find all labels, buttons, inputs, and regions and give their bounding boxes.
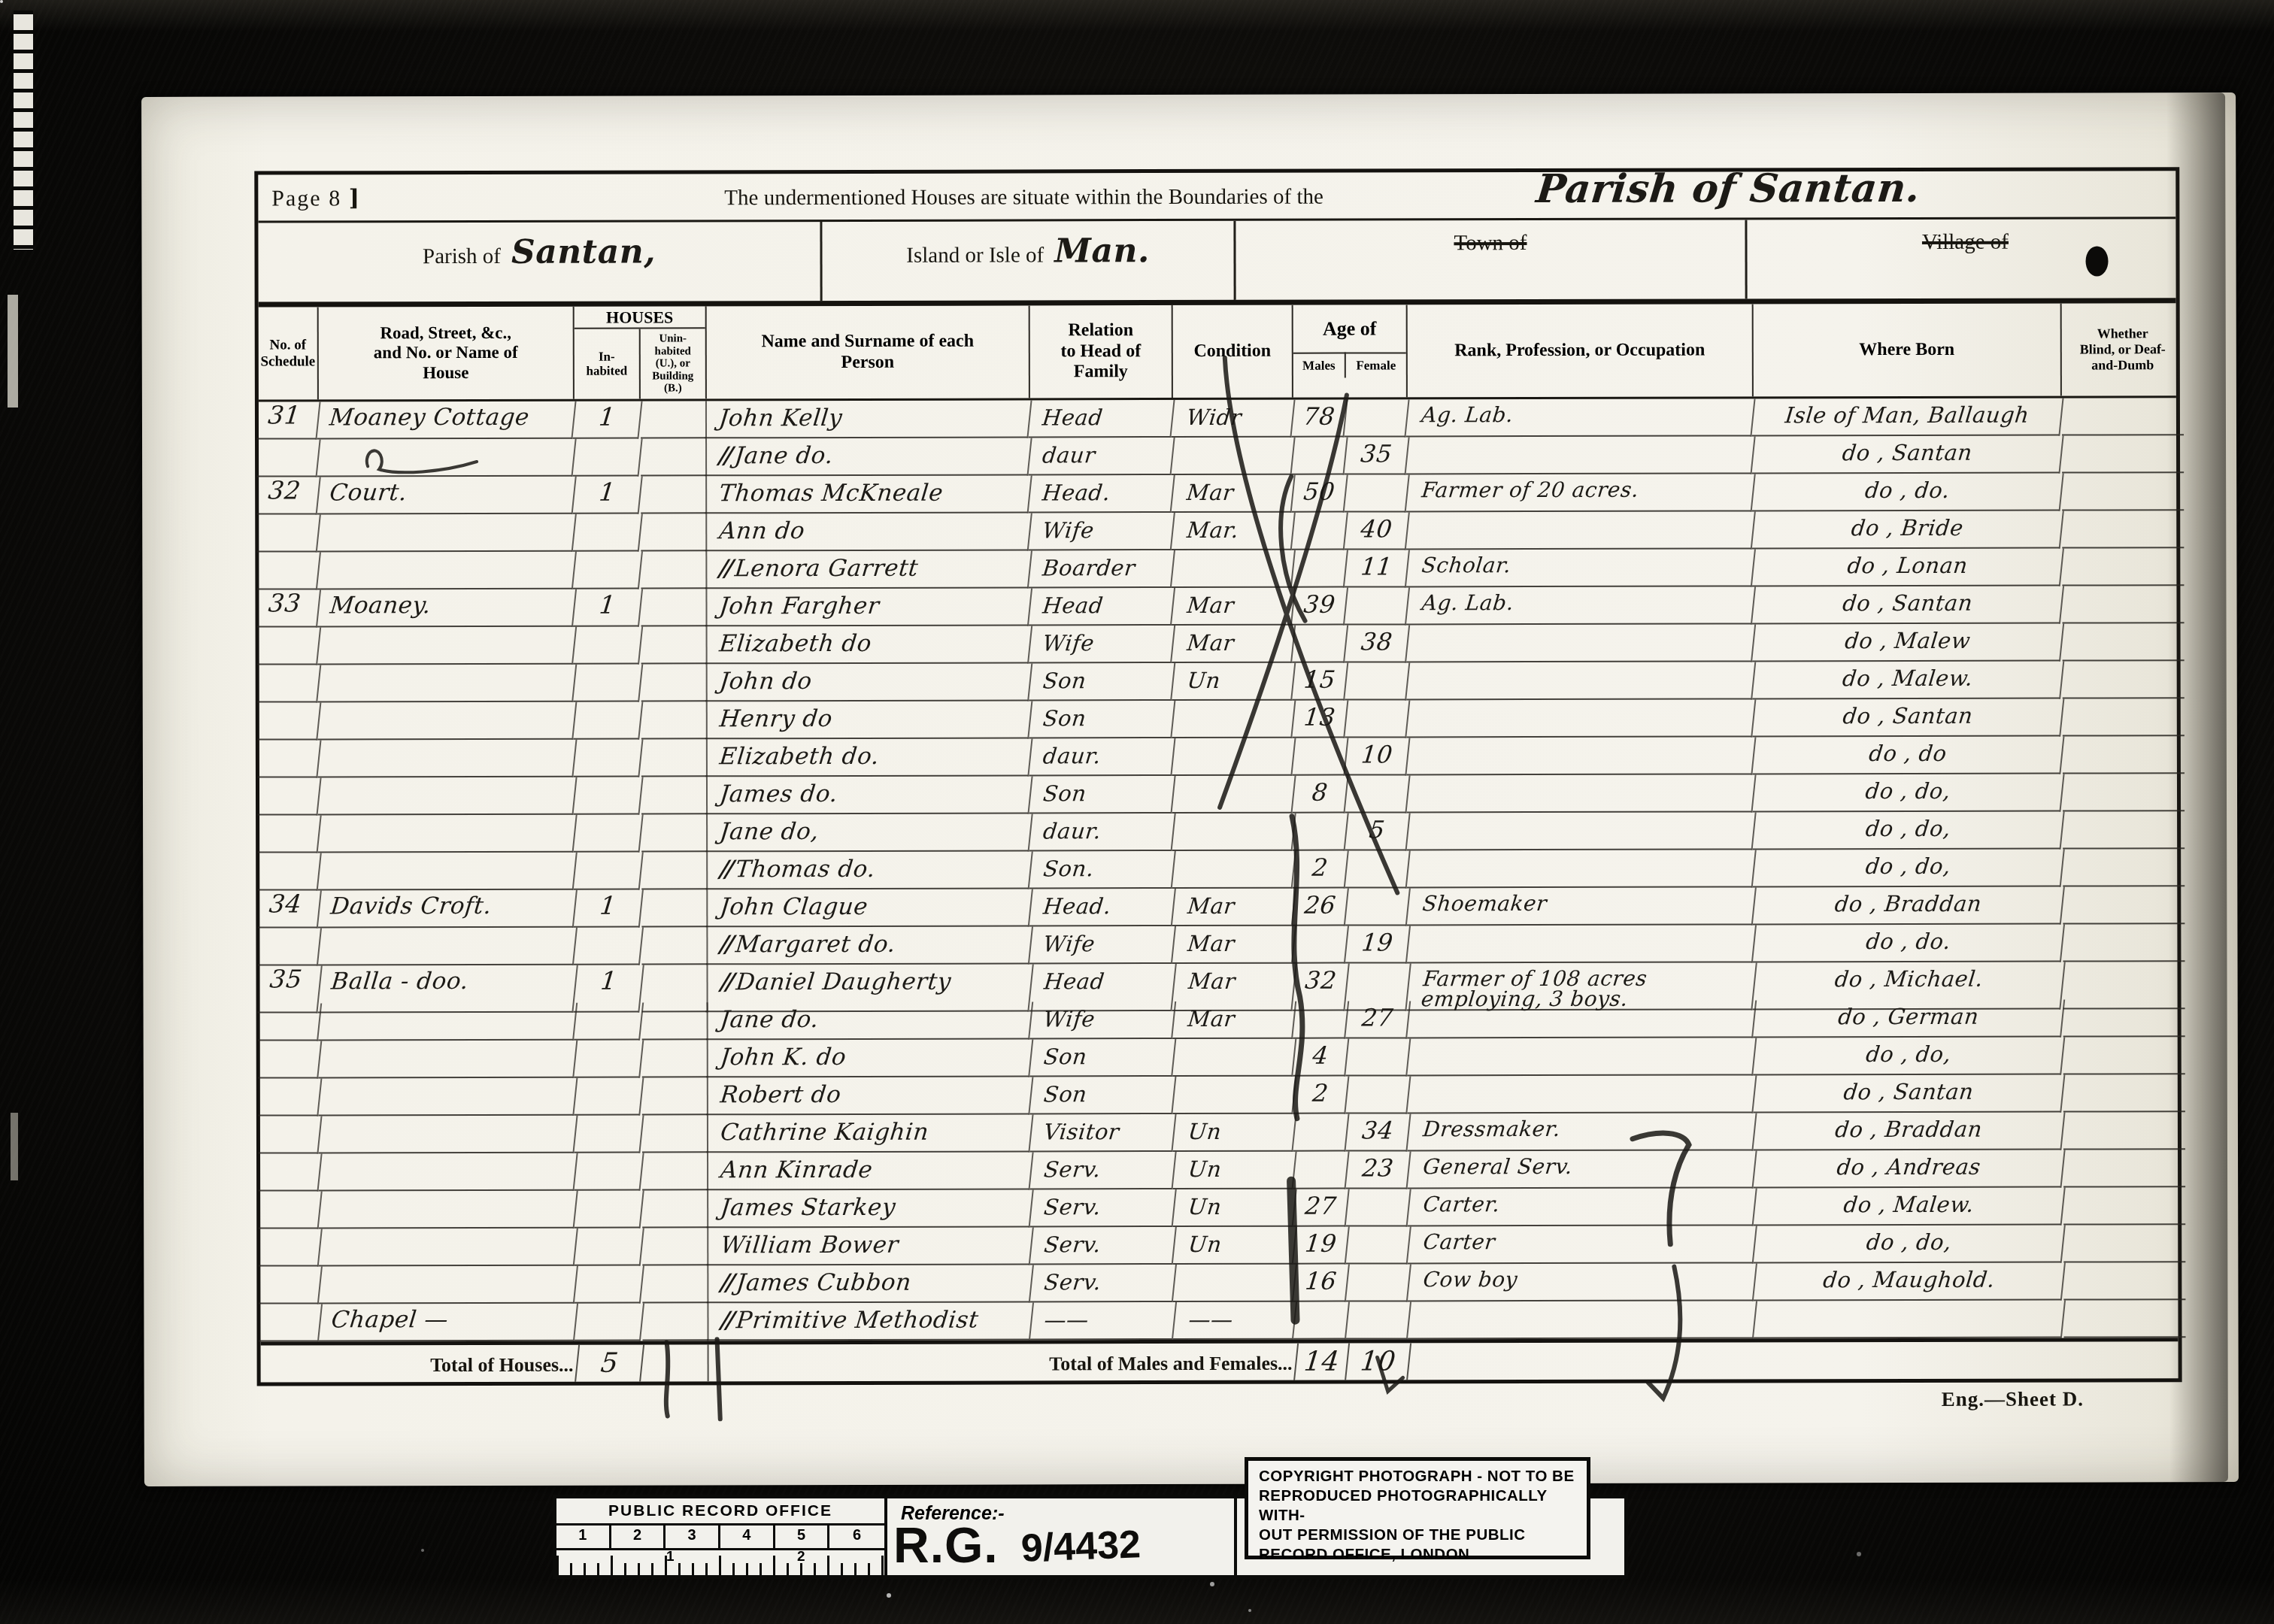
cell-house: Court. xyxy=(317,477,577,515)
cell-uninhab xyxy=(641,739,708,777)
cell-inhabited: 1 xyxy=(572,401,642,439)
cell-age_f: 5 xyxy=(1345,813,1411,850)
cell-inhabited xyxy=(574,853,644,890)
cell-inhabited xyxy=(575,1229,644,1266)
cell-inhabited xyxy=(574,1153,644,1191)
cell-born: do , Santan xyxy=(1752,586,2064,625)
age-group-label: Age of xyxy=(1293,304,1406,352)
cell-uninhab xyxy=(641,889,708,927)
cell-age_m xyxy=(1293,1152,1349,1189)
film-edge-markings xyxy=(14,11,33,250)
cell-blind xyxy=(2063,774,2185,811)
cell-relation: Son xyxy=(1029,663,1175,701)
cell-born: do , do, xyxy=(1753,850,2065,888)
household-end-mark: // xyxy=(720,968,733,995)
cell-uninhab xyxy=(642,1303,708,1341)
col-header-road: Road, Street, &c., and No. or Name of Ho… xyxy=(319,307,575,400)
cell-blind xyxy=(2062,473,2184,511)
cell-house xyxy=(318,1153,578,1192)
cell-occupation: Cow boy xyxy=(1408,1263,1757,1301)
cell-age_m xyxy=(1292,513,1348,550)
cell-uninhab xyxy=(641,551,707,589)
cell-house xyxy=(317,702,577,741)
cell-occupation xyxy=(1405,436,1755,474)
cell-occupation: Carter xyxy=(1408,1226,1757,1264)
cell-house: Moaney Cottage xyxy=(317,401,576,440)
pro-reference-section: Reference:- R.G. 9/4432 xyxy=(887,1498,1237,1575)
ruler-inch-cell: 5 xyxy=(775,1526,830,1548)
cell-name: //Thomas do. xyxy=(706,851,1033,889)
cell-uninhab xyxy=(642,1190,708,1228)
census-row: 34Davids Croft.1John ClagueHead.Mar26Sho… xyxy=(259,886,2177,928)
age-subheaders: Males Female xyxy=(1293,352,1406,397)
cell-occupation xyxy=(1407,1000,1757,1038)
cell-blind xyxy=(2062,398,2184,435)
cell-name: James do. xyxy=(705,776,1032,814)
cell-inhabited xyxy=(573,627,643,665)
stamp-number: 9/4432 xyxy=(1020,1522,1142,1571)
cell-name: John Clague xyxy=(706,889,1033,927)
cell-age_m: 8 xyxy=(1292,776,1348,814)
cell-name: //Lenora Garrett xyxy=(705,550,1032,589)
cell-born: do , Santan xyxy=(1751,436,2063,474)
cell-name: John do xyxy=(705,663,1032,701)
cell-born: do , Santan xyxy=(1752,699,2064,738)
cell-age_m: 13 xyxy=(1292,701,1348,738)
cell-schedule xyxy=(256,439,320,477)
houses-subheaders: In- habited Unin- habited (U.), or Build… xyxy=(575,329,705,399)
census-row: //Thomas do.Son.2do , do, xyxy=(259,849,2177,890)
cell-condition xyxy=(1171,438,1295,475)
cell-inhabited xyxy=(575,1266,644,1304)
page-number-value: 8 xyxy=(329,186,341,211)
cell-age_f xyxy=(1346,1264,1411,1301)
cell-blind xyxy=(2063,1262,2185,1300)
census-row: 31Moaney Cottage1John KellyHeadWidr78Ag.… xyxy=(259,398,2176,439)
total-houses-label: Total of Houses... xyxy=(321,1345,577,1383)
town-cell: Town of xyxy=(1236,220,1747,299)
cell-condition: Un xyxy=(1173,1227,1297,1265)
cell-relation: Head xyxy=(1028,400,1175,438)
household-end-mark: // xyxy=(719,856,732,883)
cell-relation: Head. xyxy=(1029,475,1175,513)
cell-age_f: 23 xyxy=(1345,1151,1411,1189)
cell-relation: Serv. xyxy=(1030,1227,1177,1265)
cell-schedule xyxy=(258,1153,322,1191)
cell-occupation: Farmer of 20 acres. xyxy=(1406,474,1756,512)
census-row: Ann doWifeMar.40do , Bride xyxy=(259,511,2176,552)
cell-born: do , Maughold. xyxy=(1754,1263,2066,1301)
col-header-males: Males xyxy=(1293,353,1346,378)
cell-condition: Un xyxy=(1172,663,1296,701)
cell-name: John Kelly xyxy=(705,400,1032,438)
cell-born: do , Malew. xyxy=(1752,662,2064,700)
cell-born: do , Malew. xyxy=(1754,1188,2066,1226)
cell-inhabited: 1 xyxy=(573,477,643,514)
cell-born: do , Andreas xyxy=(1753,1150,2065,1189)
cell-house xyxy=(317,740,577,778)
census-row: Elizabeth do.daur.10do , do xyxy=(259,736,2177,777)
cell-relation: Serv. xyxy=(1030,1189,1177,1227)
island-label: Island or Isle of xyxy=(906,243,1044,267)
cell-age_f xyxy=(1346,1301,1411,1339)
census-row: William BowerServ.Un19Carterdo , do, xyxy=(260,1225,2178,1266)
cell-age_f: 35 xyxy=(1344,437,1409,474)
cell-uninhab xyxy=(642,1002,708,1040)
cell-schedule xyxy=(257,552,321,589)
cell-age_f: 11 xyxy=(1345,550,1410,587)
cell-born: Isle of Man, Ballaugh xyxy=(1751,398,2063,437)
cell-relation: Son xyxy=(1029,776,1175,814)
census-row: //Lenora GarrettBoarder11Scholar.do , Lo… xyxy=(259,548,2176,589)
page-label: Page xyxy=(271,186,321,211)
cell-name: James Starkey xyxy=(707,1189,1034,1228)
cell-born: do , German xyxy=(1753,1000,2065,1038)
cell-house: Davids Croft. xyxy=(318,890,578,929)
cell-inhabited xyxy=(573,514,643,552)
cell-born xyxy=(1754,1301,2066,1339)
cell-name: John Fargher xyxy=(705,588,1032,626)
cell-name: John K. do xyxy=(706,1039,1033,1077)
cell-born: do , do, xyxy=(1753,812,2065,850)
cell-blind xyxy=(2063,1112,2185,1150)
cell-name: Ann do xyxy=(705,513,1032,551)
cell-inhabited xyxy=(573,552,643,589)
cell-relation: daur xyxy=(1028,438,1175,475)
household-end-mark: // xyxy=(719,931,732,958)
cell-uninhab xyxy=(642,1228,708,1265)
cell-blind xyxy=(2063,736,2185,774)
cell-age_f xyxy=(1345,474,1410,512)
cell-inhabited xyxy=(572,439,642,477)
cell-condition: Mar xyxy=(1172,475,1296,513)
cell-condition xyxy=(1172,851,1296,889)
census-page: Page 8 ] The undermentioned Houses are s… xyxy=(141,92,2239,1486)
cell-house: Moaney. xyxy=(317,589,577,628)
cell-uninhab xyxy=(641,438,707,476)
cell-blind xyxy=(2063,999,2185,1037)
cell-age_m: 16 xyxy=(1293,1265,1350,1302)
cell-occupation: Carter. xyxy=(1408,1188,1757,1226)
census-row: Jane do,daur.5do , do, xyxy=(259,811,2177,853)
cell-name: Jane do, xyxy=(706,814,1033,852)
cell-house xyxy=(317,777,577,816)
total-females-value: 10 xyxy=(1346,1343,1411,1380)
cell-occupation xyxy=(1406,774,1756,813)
cell-blind xyxy=(2063,1074,2185,1112)
cell-occupation xyxy=(1406,662,1756,700)
cell-occupation: General Serv. xyxy=(1407,1150,1757,1189)
cell-relation: daur. xyxy=(1029,738,1175,776)
cell-condition: Un xyxy=(1173,1189,1297,1227)
cell-born: do , Braddan xyxy=(1753,1113,2065,1151)
cell-occupation: Ag. Lab. xyxy=(1405,398,1755,437)
cell-house xyxy=(318,1003,578,1041)
cell-house xyxy=(318,815,578,853)
col-header-houses-group: HOUSES In- habited Unin- habited (U.), o… xyxy=(575,306,707,398)
cell-age_f xyxy=(1345,587,1410,625)
cell-age_f: 38 xyxy=(1345,625,1410,662)
cell-name: Jane do. xyxy=(706,1001,1033,1040)
cell-blind xyxy=(2063,811,2185,849)
cell-age_m xyxy=(1293,1001,1349,1039)
cell-inhabited xyxy=(574,1116,644,1153)
cell-born: do , do, xyxy=(1754,1226,2066,1264)
cell-schedule xyxy=(258,1003,322,1041)
cell-age_f: 19 xyxy=(1345,926,1411,963)
cell-condition: —— xyxy=(1173,1302,1297,1340)
cell-house xyxy=(318,853,578,891)
cell-inhabited xyxy=(575,1304,644,1341)
cell-condition xyxy=(1172,1077,1296,1114)
cell-schedule xyxy=(258,853,322,890)
cell-condition: Mar xyxy=(1172,588,1296,626)
cell-name: //James Cubbon xyxy=(707,1265,1034,1303)
foot-spacer xyxy=(1410,1341,2186,1380)
census-row: John doSonUn15do , Malew. xyxy=(259,661,2177,702)
cell-age_m: 26 xyxy=(1293,889,1349,926)
cell-occupation xyxy=(1407,1075,1757,1113)
cell-born: do , do, xyxy=(1753,1038,2065,1076)
cell-condition xyxy=(1172,814,1296,851)
cell-condition: Un xyxy=(1172,1114,1296,1152)
film-background: Page 8 ] The undermentioned Houses are s… xyxy=(0,0,2274,1624)
locality-band: Parish of Santan, Island or Isle of Man.… xyxy=(258,219,2175,307)
cell-schedule: 32 xyxy=(257,477,321,514)
cell-uninhab xyxy=(641,927,708,965)
cell-uninhab xyxy=(641,514,707,551)
copyright-box: COPYRIGHT PHOTOGRAPH - NOT TO BE REPRODU… xyxy=(1245,1457,1590,1559)
film-speckles xyxy=(0,0,3,3)
cell-schedule: 31 xyxy=(256,401,320,439)
parish-cell: Parish of Santan, xyxy=(258,222,822,302)
ruler-inch-cell: 4 xyxy=(720,1526,775,1548)
cell-occupation xyxy=(1407,812,1757,850)
cell-schedule xyxy=(257,740,321,777)
cell-age_f xyxy=(1345,1076,1411,1113)
cell-born: do , Bride xyxy=(1752,511,2064,550)
cell-relation: Serv. xyxy=(1029,1152,1176,1189)
cell-occupation xyxy=(1406,699,1756,738)
col-header-females: Female xyxy=(1346,352,1406,377)
cell-condition xyxy=(1172,1039,1296,1077)
census-row: Chapel —//Primitive Methodist———— xyxy=(260,1300,2178,1341)
ruler-inch-cell: 2 xyxy=(611,1526,666,1548)
cell-age_m xyxy=(1292,738,1348,776)
cell-occupation xyxy=(1407,1038,1757,1076)
census-row: James do.Son8do , do, xyxy=(259,774,2177,815)
cell-name: Ann Kinrade xyxy=(706,1152,1033,1190)
cell-blind xyxy=(2063,924,2185,962)
cell-condition: Mar xyxy=(1172,926,1296,964)
census-row: Henry doSon13do , Santan xyxy=(259,698,2177,740)
cell-inhabited xyxy=(574,1003,644,1041)
cell-born: do , do. xyxy=(1752,474,2064,512)
cell-age_m xyxy=(1293,1302,1350,1340)
cell-age_f xyxy=(1345,662,1410,700)
cell-house xyxy=(317,665,577,703)
island-cell: Island or Isle of Man. xyxy=(822,221,1236,301)
cell-schedule: 33 xyxy=(257,589,321,627)
paper-edge-shading xyxy=(2166,92,2228,1482)
cell-blind xyxy=(2063,886,2185,924)
cell-age_m xyxy=(1293,814,1349,851)
cell-relation: Boarder xyxy=(1029,550,1175,588)
cell-age_m xyxy=(1292,626,1348,663)
cell-blind xyxy=(2062,586,2184,623)
cell-blind xyxy=(2063,1187,2185,1225)
cell-inhabited xyxy=(574,928,644,965)
cell-uninhab xyxy=(642,1265,708,1303)
cell-inhabited xyxy=(575,1191,644,1229)
sheet-label: Eng.—Sheet D. xyxy=(1942,1388,2084,1411)
cell-schedule xyxy=(258,815,322,853)
cell-relation: Son. xyxy=(1029,851,1176,889)
cell-name: Thomas McKneale xyxy=(705,475,1032,514)
col-header-blind: Whether Blind, or Deaf- and-Dumb xyxy=(2062,303,2184,395)
cell-house xyxy=(319,1266,578,1304)
cell-born: do , Malew xyxy=(1752,624,2064,662)
census-rows: 31Moaney Cottage1John KellyHeadWidr78Ag.… xyxy=(259,398,2178,1341)
cell-condition xyxy=(1172,701,1296,738)
census-form: Page 8 ] The undermentioned Houses are s… xyxy=(254,167,2182,1386)
cell-house xyxy=(318,1041,578,1079)
household-end-mark: // xyxy=(720,1307,733,1334)
cell-age_f xyxy=(1346,1226,1411,1264)
cell-condition xyxy=(1172,776,1296,814)
cell-age_m xyxy=(1292,550,1348,588)
cell-age_f xyxy=(1345,888,1411,926)
ruler-lower-2: 2 xyxy=(797,1549,805,1565)
cell-uninhab xyxy=(641,589,707,626)
form-title-handwritten: Parish of Santan. xyxy=(1534,165,1922,212)
cell-age_f xyxy=(1345,850,1411,888)
cell-house xyxy=(317,439,576,477)
cell-condition xyxy=(1173,1265,1297,1302)
census-row: //Margaret do.WifeMar19do , do. xyxy=(259,924,2177,965)
census-row: //Jane do.daur35do , Santan xyxy=(259,435,2176,477)
cell-schedule: 34 xyxy=(258,890,322,928)
cell-inhabited xyxy=(574,1078,644,1116)
cell-born: do , do, xyxy=(1752,774,2064,813)
census-row: 32Court.1Thomas McKnealeHead.Mar50Farmer… xyxy=(259,473,2176,514)
cell-condition: Un xyxy=(1172,1152,1296,1189)
ruler-fine-ticks: 1 2 xyxy=(556,1550,884,1575)
total-houses-value: 5 xyxy=(575,1345,644,1382)
cell-condition: Mar xyxy=(1172,889,1296,926)
cell-inhabited xyxy=(574,815,644,853)
cell-condition: Mar xyxy=(1172,1001,1296,1039)
cell-condition: Mar. xyxy=(1172,513,1296,550)
parish-label: Parish of xyxy=(423,244,501,268)
column-header-band: No. of Schedule Road, Street, &c., and N… xyxy=(259,303,2176,401)
cell-schedule xyxy=(257,702,321,740)
ruler-inch-cell: 6 xyxy=(829,1526,884,1548)
cell-house xyxy=(317,514,577,553)
col-header-born: Where Born xyxy=(1754,304,2062,397)
cell-house: Chapel — xyxy=(319,1304,578,1342)
cell-relation: Wife xyxy=(1029,513,1175,550)
cell-uninhab xyxy=(642,1040,708,1077)
cell-inhabited xyxy=(574,1041,644,1078)
cell-relation: Son xyxy=(1029,701,1175,738)
cell-name: Elizabeth do. xyxy=(705,738,1032,777)
cell-occupation: Scholar. xyxy=(1406,549,1756,587)
cell-schedule xyxy=(259,1229,323,1266)
census-row: 35Balla - doo.1//Daniel DaughertyHeadMar… xyxy=(259,962,2177,1003)
cell-occupation xyxy=(1408,1301,1757,1339)
cell-condition: Widr xyxy=(1171,400,1295,438)
cell-name: Elizabeth do xyxy=(705,626,1032,664)
foot-spacer xyxy=(261,1345,321,1382)
cell-uninhab xyxy=(641,777,708,814)
ruler-inch-cell: 3 xyxy=(666,1526,720,1548)
cell-age_m: 39 xyxy=(1292,588,1348,626)
cell-schedule xyxy=(259,1304,323,1341)
cell-inhabited xyxy=(573,665,643,702)
cell-relation: Wife xyxy=(1029,1001,1176,1039)
cell-relation: Son xyxy=(1029,1039,1176,1077)
cell-house xyxy=(319,1229,578,1267)
cell-uninhab xyxy=(642,1077,708,1115)
cell-age_m: 27 xyxy=(1293,1189,1350,1227)
col-header-age-group: Age of Males Female xyxy=(1293,304,1408,397)
col-header-schedule: No. of Schedule xyxy=(259,307,319,399)
cell-relation: Wife xyxy=(1029,626,1175,663)
col-header-rank: Rank, Profession, or Occupation xyxy=(1408,304,1754,397)
cell-inhabited xyxy=(573,777,643,815)
cell-relation: —— xyxy=(1030,1302,1177,1340)
cell-blind xyxy=(2063,1300,2185,1338)
cell-condition xyxy=(1172,550,1296,588)
cell-relation: Visitor xyxy=(1029,1114,1176,1152)
col-header-uninhabited: Unin- habited (U.), or Building (B.) xyxy=(641,329,705,399)
cell-occupation: Dressmaker. xyxy=(1407,1113,1757,1151)
cell-name: //Jane do. xyxy=(705,438,1032,476)
cell-inhabited: 1 xyxy=(573,589,643,627)
col-header-relation: Relation to Head of Family xyxy=(1030,305,1173,398)
cell-age_m: 4 xyxy=(1293,1039,1349,1077)
cell-house xyxy=(318,1116,578,1154)
cell-inhabited xyxy=(573,740,643,777)
census-row: Cathrine KaighinVisitorUn34Dressmaker.do… xyxy=(260,1112,2178,1153)
cell-born: do , Santan xyxy=(1753,1075,2065,1113)
cell-name: Robert do xyxy=(706,1077,1033,1115)
form-title: The undermentioned Houses are situate wi… xyxy=(724,185,1323,211)
film-edge-patch xyxy=(11,1113,18,1180)
houses-group-label: HOUSES xyxy=(575,306,705,329)
cell-uninhab xyxy=(641,476,707,514)
ruler-inches: 123456 xyxy=(556,1523,884,1550)
census-row: Elizabeth doWifeMar38do , Malew xyxy=(259,623,2177,665)
cell-occupation xyxy=(1406,624,1756,662)
cell-age_m xyxy=(1291,438,1348,475)
cell-blind xyxy=(2062,511,2184,548)
cell-age_f: 34 xyxy=(1345,1113,1411,1151)
cell-age_m xyxy=(1293,1114,1349,1152)
cell-schedule xyxy=(258,1078,322,1116)
cell-blind xyxy=(2063,1150,2185,1187)
cell-born: do , do xyxy=(1752,737,2064,775)
ruler-inch-cell: 1 xyxy=(556,1526,611,1548)
total-males-value: 14 xyxy=(1293,1344,1350,1380)
cell-relation: Serv. xyxy=(1030,1265,1177,1302)
cell-house xyxy=(317,552,577,590)
title-band: Page 8 ] The undermentioned Houses are s… xyxy=(258,171,2175,223)
cell-uninhab xyxy=(641,626,708,664)
cell-schedule xyxy=(258,928,322,965)
cell-condition: Mar xyxy=(1172,626,1296,663)
